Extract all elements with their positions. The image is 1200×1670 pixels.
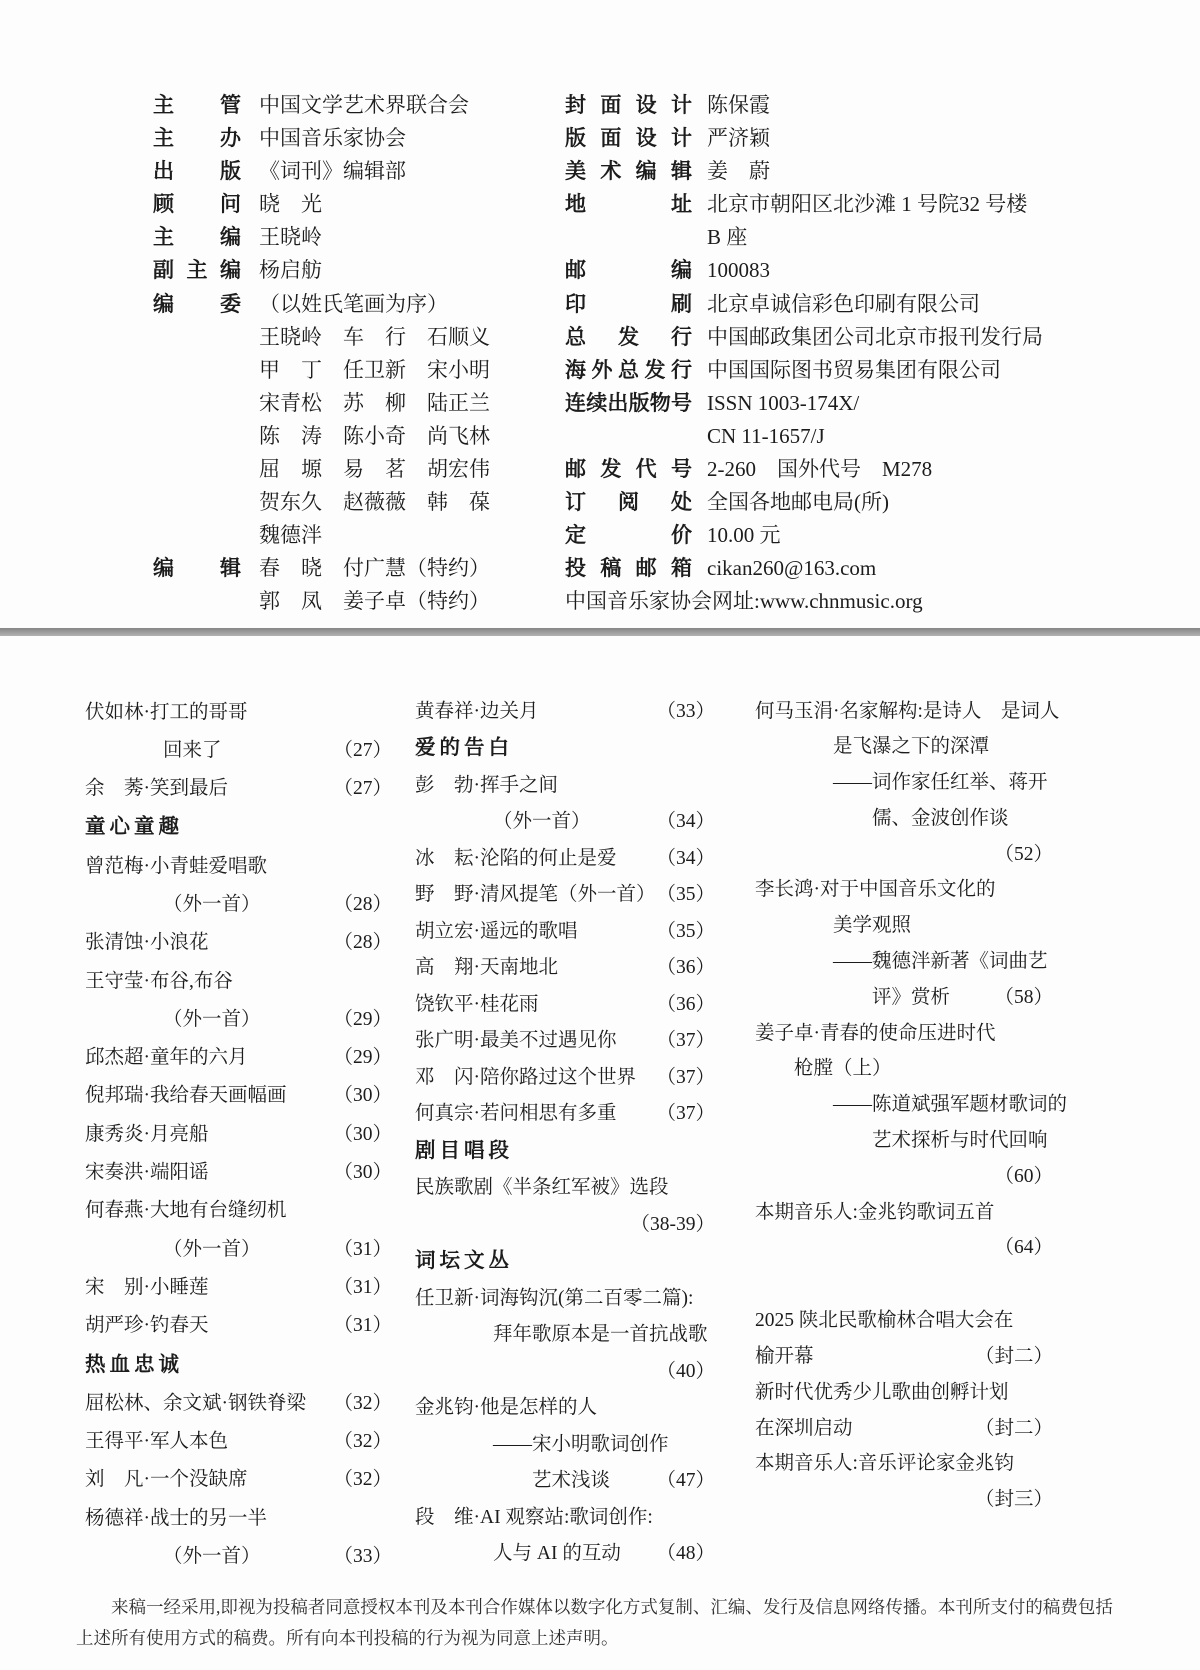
toc-line: 2025 陕北民歌榆林合唱大会在 [755,1303,1053,1339]
toc-line: 冰 耘·沦陷的何止是爱 （34） [415,841,715,878]
toc-line: 曾范梅·小青蛙爱唱歌 [85,848,392,886]
toc-entry-text: 张广明·最美不过遇见你 [415,1030,617,1051]
toc-entry-text: 野 野·清风提笔（外一首） [415,884,656,905]
toc-entry-text: 何真宗·若问相思有多重 [415,1103,617,1124]
masthead-label [153,453,241,486]
toc-line: 李长鸿·对于中国音乐文化的 [755,872,1053,908]
toc-page-number: （33） [333,1538,392,1576]
masthead-label: 编委 [153,288,241,321]
toc-entry-text: （外一首） [493,811,591,832]
masthead-label [153,486,241,519]
masthead-label [153,387,241,420]
toc-line: ——魏德泮新著《词曲艺 [755,944,1053,980]
toc-page-number: （35） [656,914,715,951]
toc-page-number: （29） [333,1039,392,1077]
toc-line: 枪膛（上） [755,1051,1053,1087]
masthead-value: 陈保霞 [707,89,770,122]
toc-entry-text: 胡严珍·钓春天 [85,1315,209,1336]
toc-page-number: （27） [333,732,392,770]
masthead-row: 主管 中国文学艺术界联合会 [153,89,565,122]
toc-line: 回来了 （27） [85,732,392,770]
toc-page-number: （52） [994,837,1053,873]
toc-entry-text: 康秀炎·月亮船 [85,1124,209,1145]
toc-entry-text: 人与 AI 的互动 [493,1543,621,1564]
masthead-row: 副主编 杨启舫 [153,254,565,287]
toc-entry-text: 民族歌剧《半条红军被》选段 [415,1177,669,1198]
toc-entry-text: 邱杰超·童年的六月 [85,1047,248,1068]
toc-line: 宋 别·小睡莲 （31） [85,1269,392,1307]
toc-page-number: （37） [656,1060,715,1097]
toc-page-number: （30） [333,1154,392,1192]
masthead-row: 甲 丁 任卫新 宋小明 [153,354,565,387]
toc-line: 金兆钧·他是怎样的人 [415,1390,715,1427]
masthead-value: 甲 丁 任卫新 宋小明 [259,354,490,387]
toc-page-number: （31） [333,1269,392,1307]
toc-entry-text: 何马玉涓·名家解构:是诗人 是词人 [755,701,1059,722]
toc-line: 野 野·清风提笔（外一首） （35） [415,877,715,914]
masthead-label: 版面设计 [565,122,692,155]
masthead-label [153,585,241,618]
toc-line: 高 翔·天南地北 （36） [415,950,715,987]
table-of-contents: 伏如林·打工的哥哥 回来了 （27） 余 莠·笑到最后 （27） 童心童趣 [0,636,1200,1577]
masthead-label: 订阅处 [565,486,692,519]
masthead-row: 邮发代号 2-260 国外代号 M278 [565,453,1165,486]
toc-line: 彭 勃·挥手之间 [415,768,715,805]
masthead-value: 王晓岭 [259,221,322,254]
toc-line: （外一首） （31） [85,1231,392,1269]
toc-entry-text: 剧目唱段 [415,1140,513,1162]
masthead-value: ISSN 1003-174X/ [707,387,859,420]
toc-line: 刘 凡·一个没缺席 （32） [85,1461,392,1499]
masthead-value: 姜 蔚 [707,155,770,188]
masthead-label [565,221,692,254]
toc-entry-text: 榆开幕 [755,1346,814,1367]
masthead-row: 魏德泮 [153,519,565,552]
masthead-row: 美术编辑 姜 蔚 [565,155,1165,188]
masthead-row: 海外总发行 中国国际图书贸易集团有限公司 [565,354,1165,387]
toc-entry-text: 胡立宏·遥远的歌唱 [415,921,578,942]
association-website: 中国音乐家协会网址:www.chnmusic.org [565,585,1165,618]
toc-line: 王得平·军人本色 （32） [85,1423,392,1461]
toc-line: 任卫新·词海钩沉(第二百零二篇): [415,1281,715,1318]
toc-line: 在深圳启动 （封二） [755,1411,1053,1447]
toc-page-number: （40） [656,1354,715,1391]
toc-line: 伏如林·打工的哥哥 [85,694,392,732]
masthead-label: 主办 [153,122,241,155]
toc-line: 康秀炎·月亮船 （30） [85,1116,392,1154]
toc-entry-text: 枪膛（上） [794,1058,892,1079]
toc-entry-text: 热血忠诚 [85,1354,183,1376]
masthead-label: 副主编 [153,254,241,287]
toc-line: 倪邦瑞·我给春天画幅画 （30） [85,1077,392,1115]
toc-line: 邓 闪·陪你路过这个世界 （37） [415,1060,715,1097]
masthead-value: 北京市朝阳区北沙滩 1 号院32 号楼 [707,188,1027,221]
toc-page-number: （47） [656,1463,715,1500]
toc-entry-text: 张清蚀·小浪花 [85,932,209,953]
toc-page-number: （38-39） [631,1207,716,1244]
toc-line: 词坛文丛 [415,1243,715,1281]
toc-line: 爱的告白 [415,730,715,768]
toc-line: 张广明·最美不过遇见你 （37） [415,1023,715,1060]
toc-column-1: 伏如林·打工的哥哥 回来了 （27） 余 莠·笑到最后 （27） 童心童趣 [85,694,392,1577]
masthead-row: 连续出版物号 ISSN 1003-174X/ [565,387,1165,420]
masthead-value: 中国音乐家协会 [259,122,406,155]
toc-line: 饶钦平·桂花雨 （36） [415,987,715,1024]
toc-page-number: （60） [994,1159,1053,1195]
toc-entry-text: ——陈道斌强军题材歌词的 [833,1094,1067,1115]
toc-page-number: （35） [656,877,715,914]
masthead-label: 封面设计 [565,89,692,122]
masthead-row: 主办 中国音乐家协会 [153,122,565,155]
toc-line: 童心童趣 [85,808,392,847]
masthead-row: 邮编 100083 [565,254,1165,287]
masthead-label: 主编 [153,221,241,254]
toc-line: 王守莹·布谷,布谷 [85,963,392,1001]
masthead-label: 连续出版物号 [565,387,692,420]
masthead-row: 封面设计 陈保霞 [565,89,1165,122]
toc-line: 本期音乐人:金兆钧歌词五首 [755,1195,1053,1231]
masthead-row: 主编 王晓岭 [153,221,565,254]
masthead-value: 严济颖 [707,122,770,155]
toc-line: 本期音乐人:音乐评论家金兆钧 [755,1446,1053,1482]
masthead-value: B 座 [707,221,747,254]
masthead-value: 宋青松 苏 柳 陆正兰 [259,387,490,420]
toc-entry-text: 余 莠·笑到最后 [85,778,228,799]
toc-entry-text: 是飞瀑之下的深潭 [833,736,989,757]
toc-entry-text: 段 维·AI 观察站:歌词创作: [415,1507,653,1528]
masthead-value: 晓 光 [259,188,322,221]
toc-line: ——宋小明歌词创作 [415,1427,715,1464]
toc-page-number: （29） [333,1001,392,1039]
toc-line: 邱杰超·童年的六月 （29） [85,1039,392,1077]
toc-line: 剧目唱段 [415,1133,715,1171]
toc-page-number: （64） [994,1230,1053,1266]
masthead-row: 出版 《词刊》编辑部 [153,155,565,188]
masthead-row: 印刷 北京卓诚信彩色印刷有限公司 [565,288,1165,321]
toc-line: 胡立宏·遥远的歌唱 （35） [415,914,715,951]
masthead-value: CN 11-1657/J [707,420,825,453]
toc-page-number: （32） [333,1385,392,1423]
toc-line: 余 莠·笑到最后 （27） [85,770,392,808]
toc-line: 艺术浅谈 （47） [415,1463,715,1500]
toc-line: ——词作家任红举、蒋开 [755,765,1053,801]
masthead-label: 出版 [153,155,241,188]
masthead-label: 顾问 [153,188,241,221]
toc-page-number: （31） [333,1307,392,1345]
masthead-value: 春 晓 付广慧（特约） [259,552,490,585]
toc-entry-text: 金兆钧·他是怎样的人 [415,1397,597,1418]
toc-entry-text: 屈松林、余文斌·钢铁脊梁 [85,1393,306,1414]
toc-line: 姜子卓·青春的使命压进时代 [755,1016,1053,1052]
toc-line: 新时代优秀少儿歌曲创孵计划 [755,1375,1053,1411]
masthead-label: 美术编辑 [565,155,692,188]
toc-entry-text: 新时代优秀少儿歌曲创孵计划 [755,1382,1009,1403]
masthead-row: B 座 [565,221,1165,254]
toc-line: 拜年歌原本是一首抗战歌 [415,1317,715,1354]
masthead-value: 北京卓诚信彩色印刷有限公司 [707,288,980,321]
masthead-left-column: 主管 中国文学艺术界联合会 主办 中国音乐家协会 出版 《词刊》编辑部 顾问 晓… [153,89,565,619]
toc-entry-text: 刘 凡·一个没缺席 [85,1469,248,1490]
toc-page-number: （37） [656,1096,715,1133]
masthead-label [153,321,241,354]
masthead-value: 《词刊》编辑部 [259,155,406,188]
toc-line: （64） [755,1230,1053,1266]
toc-entry-text: （外一首） [163,1009,261,1030]
toc-entry-text: 高 翔·天南地北 [415,957,558,978]
masthead-label: 海外总发行 [565,354,692,387]
toc-entry-text: ——词作家任红举、蒋开 [833,772,1048,793]
masthead-row: 编辑 春 晓 付广慧（特约） [153,552,565,585]
toc-entry-text: 本期音乐人:金兆钧歌词五首 [755,1202,994,1223]
masthead-label: 定价 [565,519,692,552]
toc-line: 屈松林、余文斌·钢铁脊梁 （32） [85,1385,392,1423]
masthead-value: 贺东久 赵薇薇 韩 葆 [259,486,490,519]
toc-entry-text: 爱的告白 [415,737,513,759]
toc-line: （40） [415,1354,715,1391]
toc-entry-text: 宋 别·小睡莲 [85,1277,209,1298]
masthead-row: 地址 北京市朝阳区北沙滩 1 号院32 号楼 [565,188,1165,221]
toc-entry-text: 冰 耘·沦陷的何止是爱 [415,848,617,869]
masthead-value: 陈 涛 陈小奇 尚飞林 [259,420,490,453]
toc-line: （外一首） （34） [415,804,715,841]
toc-line: （外一首） （33） [85,1538,392,1576]
toc-entry-text: ——魏德泮新著《词曲艺 [833,951,1048,972]
toc-entry-text: 曾范梅·小青蛙爱唱歌 [85,856,267,877]
toc-page-number: （27） [333,770,392,808]
magazine-contents-page: 主管 中国文学艺术界联合会 主办 中国音乐家协会 出版 《词刊》编辑部 顾问 晓… [0,0,1200,1654]
masthead-label [565,420,692,453]
masthead-value: 中国国际图书贸易集团有限公司 [707,354,1001,387]
toc-entry-text: 拜年歌原本是一首抗战歌 [493,1324,708,1345]
toc-entry-text: 王得平·军人本色 [85,1431,228,1452]
toc-entry-text: （外一首） [163,1239,261,1260]
masthead-label [153,420,241,453]
masthead-value: 郭 凤 姜子卓（特约） [259,585,490,618]
toc-line: 评》赏析 （58） [755,980,1053,1016]
toc-line: 民族歌剧《半条红军被》选段 [415,1170,715,1207]
masthead-row: 定价 10.00 元 [565,519,1165,552]
toc-entry-text: 任卫新·词海钩沉(第二百零二篇): [415,1288,693,1309]
toc-line: 张清蚀·小浪花 （28） [85,924,392,962]
toc-entry-text: 倪邦瑞·我给春天画幅画 [85,1085,287,1106]
toc-page-number: （28） [333,886,392,924]
toc-page-number: （封三） [975,1482,1053,1518]
toc-entry-text: 姜子卓·青春的使命压进时代 [755,1023,996,1044]
toc-page-number: （34） [656,804,715,841]
toc-line: ——陈道斌强军题材歌词的 [755,1087,1053,1123]
toc-column-2: 黄春祥·边关月 （33） 爱的告白 彭 勃·挥手之间 （外一首） （34） [415,694,715,1577]
masthead-label: 投稿邮箱 [565,552,692,585]
toc-entry-text: （外一首） [163,1546,261,1567]
masthead-value: 中国邮政集团公司北京市报刊发行局 [707,321,1043,354]
toc-entry-text: 宋奏洪·端阳谣 [85,1162,209,1183]
masthead-value: （以姓氏笔画为序） [259,288,448,321]
toc-line: 何春燕·大地有台缝纫机 [85,1192,392,1230]
masthead-label: 邮编 [565,254,692,287]
toc-entry-text: 李长鸿·对于中国音乐文化的 [755,879,996,900]
toc-page-number: （33） [656,694,715,731]
toc-entry-text: 何春燕·大地有台缝纫机 [85,1200,287,1221]
masthead-label [153,519,241,552]
toc-line: 何真宗·若问相思有多重 （37） [415,1096,715,1133]
toc-entry-text: 杨德祥·战士的另一半 [85,1508,267,1529]
toc-line: （封三） [755,1482,1053,1518]
masthead-row: 屈 塬 易 茗 胡宏伟 [153,453,565,486]
masthead-row: CN 11-1657/J [565,420,1165,453]
toc-line: （38-39） [415,1207,715,1244]
toc-line: 何马玉涓·名家解构:是诗人 是词人 [755,694,1053,730]
toc-line: （52） [755,837,1053,873]
masthead-label: 编辑 [153,552,241,585]
toc-page-number: （28） [333,924,392,962]
toc-entry-text: 艺术探析与时代回响 [872,1130,1048,1151]
toc-line: 儒、金波创作谈 [755,801,1053,837]
masthead-label [153,354,241,387]
masthead-row: 陈 涛 陈小奇 尚飞林 [153,420,565,453]
toc-line: （外一首） （29） [85,1001,392,1039]
toc-line: 美学观照 [755,908,1053,944]
toc-entry-text: 黄春祥·边关月 [415,701,539,722]
toc-column-3: 何马玉涓·名家解构:是诗人 是词人 是飞瀑之下的深潭 ——词作家任红举、蒋开 儒… [755,694,1053,1577]
toc-entry-text: 回来了 [163,740,222,761]
masthead-value: 全国各地邮电局(所) [707,486,889,519]
toc-page-number: （封二） [975,1411,1053,1447]
toc-entry-text: （外一首） [163,894,261,915]
masthead-row: 宋青松 苏 柳 陆正兰 [153,387,565,420]
toc-entry-text: 伏如林·打工的哥哥 [85,702,248,723]
toc-page-number: （34） [656,841,715,878]
masthead-right-rows: 封面设计 陈保霞 版面设计 严济颖 美术编辑 姜 蔚 地址 [565,89,1165,585]
toc-line: 黄春祥·边关月 （33） [415,694,715,731]
masthead-label: 印刷 [565,288,692,321]
toc-entry-text: 美学观照 [833,915,911,936]
toc-line: 胡严珍·钓春天 （31） [85,1307,392,1345]
masthead-label: 总发行 [565,321,692,354]
toc-line: （60） [755,1159,1053,1195]
toc-line: （外一首） （28） [85,886,392,924]
masthead-row: 投稿邮箱 cikan260@163.com [565,552,1165,585]
toc-line: 宋奏洪·端阳谣 （30） [85,1154,392,1192]
toc-page-number: （36） [656,950,715,987]
toc-entry-text: 邓 闪·陪你路过这个世界 [415,1067,636,1088]
masthead-value: 魏德泮 [259,519,322,552]
toc-page-number: （58） [994,980,1053,1016]
toc-entry-text: 2025 陕北民歌榆林合唱大会在 [755,1310,1013,1331]
toc-line: 杨德祥·战士的另一半 [85,1500,392,1538]
toc-page-number: （30） [333,1116,392,1154]
submission-notice: 来稿一经采用,即视为投稿者同意授权本刊及本刊合作媒体以数字化方式复制、汇编、发行… [76,1592,1122,1654]
masthead-label: 主管 [153,89,241,122]
toc-entry-text: 童心童趣 [85,816,183,838]
toc-page-number: （48） [656,1536,715,1573]
toc-entry-text: 在深圳启动 [755,1418,853,1439]
masthead-value: cikan260@163.com [707,552,876,585]
toc-entry-text: 艺术浅谈 [532,1470,610,1491]
toc-line: 人与 AI 的互动 （48） [415,1536,715,1573]
masthead-row: 郭 凤 姜子卓（特约） [153,585,565,618]
toc-line: 段 维·AI 观察站:歌词创作: [415,1500,715,1537]
masthead-value: 杨启舫 [259,254,322,287]
masthead-right-column: 封面设计 陈保霞 版面设计 严济颖 美术编辑 姜 蔚 地址 [565,89,1165,619]
masthead-value: 10.00 元 [707,519,781,552]
toc-entry-text: 词坛文丛 [415,1250,513,1272]
toc-page-number: （32） [333,1423,392,1461]
masthead-row: 总发行 中国邮政集团公司北京市报刊发行局 [565,321,1165,354]
masthead-value: 100083 [707,254,770,287]
toc-page-number: （36） [656,987,715,1024]
toc-line: 热血忠诚 [85,1346,392,1385]
toc-entry-text: 儒、金波创作谈 [872,808,1009,829]
masthead-value: 2-260 国外代号 M278 [707,453,932,486]
toc-line: 是飞瀑之下的深潭 [755,729,1053,765]
toc-entry-text: 评》赏析 [872,987,950,1008]
masthead-value: 王晓岭 车 行 石顺义 [259,321,490,354]
toc-page-number: （封二） [975,1339,1053,1375]
toc-line [755,1266,1053,1303]
masthead-label: 地址 [565,188,692,221]
masthead-row: 王晓岭 车 行 石顺义 [153,321,565,354]
toc-entry-text: ——宋小明歌词创作 [493,1434,669,1455]
toc-line: 艺术探析与时代回响 [755,1123,1053,1159]
masthead-label: 邮发代号 [565,453,692,486]
masthead: 主管 中国文学艺术界联合会 主办 中国音乐家协会 出版 《词刊》编辑部 顾问 晓… [0,0,1200,619]
masthead-row: 版面设计 严济颖 [565,122,1165,155]
masthead-row: 顾问 晓 光 [153,188,565,221]
masthead-row: 贺东久 赵薇薇 韩 葆 [153,486,565,519]
toc-page-number: （37） [656,1023,715,1060]
toc-entry-text: 王守莹·布谷,布谷 [85,971,233,992]
toc-page-number: （32） [333,1461,392,1499]
toc-page-number: （31） [333,1231,392,1269]
masthead-row: 订阅处 全国各地邮电局(所) [565,486,1165,519]
section-divider [0,628,1200,636]
toc-entry-text: 彭 勃·挥手之间 [415,775,558,796]
masthead-value: 屈 塬 易 茗 胡宏伟 [259,453,490,486]
toc-entry-text: 饶钦平·桂花雨 [415,994,539,1015]
toc-entry-text: 本期音乐人:音乐评论家金兆钧 [755,1453,1014,1474]
toc-page-number: （30） [333,1077,392,1115]
masthead-row: 编委 （以姓氏笔画为序） [153,288,565,321]
masthead-value: 中国文学艺术界联合会 [259,89,469,122]
toc-line: 榆开幕 （封二） [755,1339,1053,1375]
